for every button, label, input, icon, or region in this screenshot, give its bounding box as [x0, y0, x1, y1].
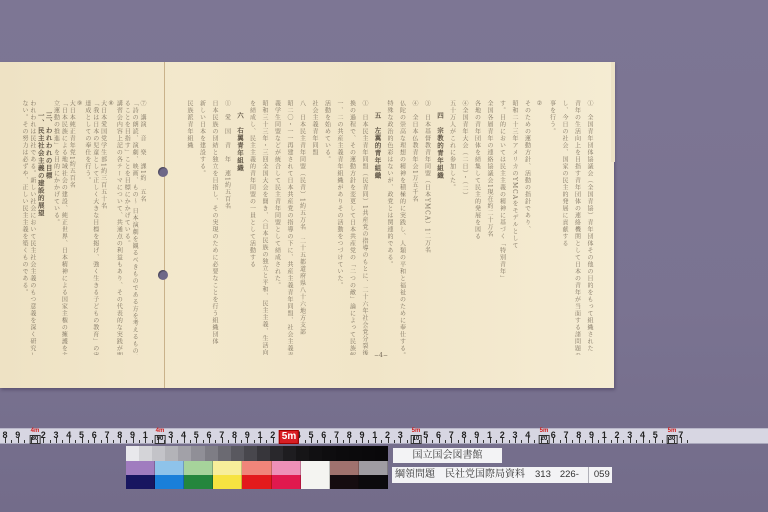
ruler-meter-mark: 5m20 [539, 428, 550, 444]
ruler-digit: 8 [576, 430, 581, 440]
ruler-tick-minor [407, 440, 408, 443]
gray-patch [336, 446, 349, 461]
punch-hole-icon [158, 270, 168, 280]
text-column: 「日本民族による地域社会の建設、純正世界、日本精神による国家主権の擁護を主張、日… [59, 100, 68, 355]
ruler-meter-mark: 5m [279, 430, 299, 444]
ruler-digit: 9 [15, 430, 20, 440]
text-column: 昭和二十三年アメリカのYMCAをモデルとして [510, 100, 519, 355]
ruler-digit: 2 [614, 430, 619, 440]
gray-patch [205, 446, 218, 461]
ruler-tick-minor [381, 440, 382, 443]
ruler-digit: 9 [474, 430, 479, 440]
section-heading: 一、民主社会主義の建設的展望 [36, 112, 45, 232]
gray-patch [218, 446, 231, 461]
ruler-meter-mark: 4m80 [30, 428, 41, 444]
ruler-digit: 6 [206, 430, 211, 440]
text-column: ④ 全日本仏教青年会1万五千名 [410, 100, 419, 355]
ruler-tick-minor [11, 440, 12, 443]
text-column: 「我は日本の児童として正しく大きな目標を掲げ、強く生きる子どもの教育」の実現を目… [91, 100, 100, 355]
gray-patch [139, 446, 152, 461]
ruler-tick-minor [458, 440, 459, 443]
text-column: ③ 日本基督教青年同盟（日本YMCA）1二万名 [423, 100, 432, 355]
text-column: 社会主義青年同盟 [310, 100, 319, 355]
ruler-digit: 9 [359, 430, 364, 440]
ruler-digit: 2 [270, 430, 275, 440]
ruler-digit: 1 [143, 430, 148, 440]
text-column: 昭二〇・一一再建されて日本共産党の指導の下に、共産主義青年同盟、社会主義青年同盟… [285, 100, 294, 355]
ruler-digit: 2 [500, 430, 505, 440]
measurement-ruler: 8923456789134567891245678912356789123467… [0, 428, 768, 444]
gray-patch [178, 446, 191, 461]
ruler-digit: 9 [589, 430, 594, 440]
collection-number-1: 313 [535, 467, 551, 483]
document-paper-sheet: ⑦ 講演 音 楽 課1約 五名「詩の朗読、演劇、映画、もの～ 日本演劇を観るべき… [0, 62, 614, 388]
ruler-digit: 3 [53, 430, 58, 440]
ruler-tick-minor [394, 440, 395, 443]
text-column: を結成し、民主主義的青年同盟の一員として活動する [248, 100, 257, 355]
gray-patch [152, 446, 165, 461]
text-column: 八 日本民主青年同盟（民青）1約五万名 二十五都道府県八十六地方支部 [298, 100, 307, 355]
color-patch [301, 475, 330, 489]
ruler-tick-minor [62, 440, 63, 443]
gray-patch [270, 446, 283, 461]
text-column: ① 愛 国 青 年 連1約五百名 [223, 100, 232, 355]
color-patch-row-1 [126, 461, 388, 475]
ruler-digit: 5 [194, 430, 199, 440]
ruler-digit: 9 [245, 430, 250, 440]
text-column: ⑦ 講演 音 楽 課1約 五名 [138, 100, 147, 355]
ruler-tick-minor [254, 440, 255, 443]
section-heading: 五 左翼的青年組織 [373, 112, 382, 232]
ruler-meter-mark: 5m30 [667, 428, 678, 444]
collection-series: 民社党国際局資料 [445, 467, 525, 483]
grayscale-strip [126, 446, 388, 461]
ruler-digit: 5 [653, 430, 658, 440]
color-patch [155, 461, 184, 475]
ruler-tick-minor [496, 440, 497, 443]
ruler-tick-minor [152, 440, 153, 443]
ruler-digit: 1 [372, 430, 377, 440]
ruler-digit: 2 [385, 430, 390, 440]
ruler-cm-label: 30 [667, 435, 678, 444]
ruler-cm-label: 90 [155, 435, 166, 444]
ruler-tick-minor [241, 440, 242, 443]
ruler-digit: 8 [461, 430, 466, 440]
ruler-tick-minor [649, 440, 650, 443]
ruler-digit: 6 [436, 430, 441, 440]
ruler-digit: 1 [602, 430, 607, 440]
ruler-digit: 1 [487, 430, 492, 440]
text-column: 青年の生活向上を目指す青年団体の連絡機関として日本の青年が当面する諸問題の解決を… [573, 100, 582, 355]
ruler-tick-minor [203, 440, 204, 443]
ruler-meter-mark: 4m90 [155, 428, 166, 444]
punch-hole-icon [158, 167, 168, 177]
gray-patch [362, 446, 375, 461]
text-column: ② [535, 100, 544, 355]
gray-patch [244, 446, 257, 461]
ruler-tick-minor [113, 440, 114, 443]
ruler-meter-mark: 5m10 [411, 428, 422, 444]
color-patch [213, 461, 242, 475]
ruler-tick-minor [317, 440, 318, 443]
gray-patch [375, 446, 388, 461]
ruler-tick-minor [432, 440, 433, 443]
gray-patch [191, 446, 204, 461]
text-column: 全国各層青年の連絡協議会1現在約二十万名 [485, 100, 494, 355]
ruler-digit: 8 [117, 430, 122, 440]
ruler-tick-minor [560, 440, 561, 443]
text-column: 達成としての奉仕を行う。 [83, 100, 92, 355]
ruler-tick-minor [190, 440, 191, 443]
text-column: ① 日本民主青年同盟（民青同）1共産党の指導のもとに、二十六年社会党分裂後、路線… [360, 100, 369, 355]
section-heading: 六 右翼青年組織 [235, 112, 244, 232]
gray-patch [231, 446, 244, 461]
text-column: 事を行う。 [548, 100, 557, 355]
ruler-digit: 7 [104, 430, 109, 440]
ruler-tick-minor [75, 440, 76, 443]
ruler-tick-minor [623, 440, 624, 443]
ruler-tick-minor [330, 440, 331, 443]
ruler-tick-minor [483, 440, 484, 443]
color-patch [213, 475, 242, 489]
ruler-tick-minor [266, 440, 267, 443]
text-column: 仏陀の崇高な理想の精神を積極的に実践し、人類の平和と福祉のために奉仕する。 [398, 100, 407, 355]
ruler-cm-label: 80 [30, 435, 41, 444]
ruler-digit: 5 [79, 430, 84, 440]
ruler-tick-minor [88, 440, 89, 443]
gray-patch [257, 446, 270, 461]
ruler-tick-minor [356, 440, 357, 443]
ruler-tick-minor [521, 440, 522, 443]
color-patch [359, 475, 388, 489]
text-column: し、今日の社会、国家の民主的発展に貢献する [560, 100, 569, 355]
gray-patch [349, 446, 362, 461]
ruler-digit: 1 [257, 430, 262, 440]
ruler-meter-label: 4m [156, 428, 165, 434]
collection-title: 綱領問題 [395, 467, 435, 483]
ruler-digit: 9 [130, 430, 135, 440]
ruler-digit: 4 [66, 430, 71, 440]
ruler-digit: 7 [334, 430, 339, 440]
ruler-cm-label: 10 [411, 435, 422, 444]
section-heading: 三、われわれの目標 [44, 112, 53, 232]
ruler-digit: 4 [525, 430, 530, 440]
text-column: 講習会内容上記の各テーマについて、共通点の利益もあり、その代表的な実践が期待され… [114, 100, 123, 355]
ruler-tick-minor [687, 440, 688, 443]
color-patch [126, 475, 155, 489]
paper-edge-notch [611, 62, 615, 162]
text-column: ⑨ [75, 100, 84, 355]
text-column: 特殊な政治的色彩はないが、政党とは関連的である。 [385, 100, 394, 355]
color-patch-row-2 [126, 475, 388, 489]
library-name-label: 国立国会図書館 [393, 448, 502, 463]
text-column: 民族派青年組織 [185, 100, 194, 355]
text-column: 各地の青年団体を結集して民主的発展を図る [473, 100, 482, 355]
page-number: −4− [374, 352, 388, 359]
ruler-digit: 7 [219, 430, 224, 440]
ruler-digit: 6 [551, 430, 556, 440]
ruler-digit: 8 [347, 430, 352, 440]
ruler-tick-minor [139, 440, 140, 443]
text-column: そのための運動方針、活動の指針であり、 [523, 100, 532, 355]
ruler-meter-label: 4m [31, 428, 40, 434]
ruler-tick-minor [585, 440, 586, 443]
page-fold-line [164, 62, 165, 388]
color-patch [272, 475, 301, 489]
collection-number-2: 226- [560, 467, 579, 483]
ruler-meter-label: 5m [282, 431, 296, 442]
ruler-digit: 7 [678, 430, 683, 440]
ruler-digit: 8 [232, 430, 237, 440]
ruler-tick-minor [509, 440, 510, 443]
text-column: ① 全国青年団体協議会（全国青協）青年団体その他の目的をもって組織された [585, 100, 594, 355]
ruler-tick-minor [662, 440, 663, 443]
collection-number-3: 059 [588, 467, 610, 483]
collection-label: 綱領問題 民社党国際局資料 313 226- 059 [392, 467, 612, 483]
ruler-meter-label: 5m [412, 428, 421, 434]
color-patch [184, 461, 213, 475]
color-patch [126, 461, 155, 475]
text-column: す。目的においては民主主義の精神に基づく「特別青年」 [498, 100, 507, 355]
ruler-tick-minor [534, 440, 535, 443]
text-column: 立運動の推進」を目的にかかげている。 [51, 100, 60, 355]
scanned-document-view: ⑦ 講演 音 楽 課1約 五名「詩の朗読、演劇、映画、もの～ 日本演劇を観るべき… [0, 0, 768, 512]
ruler-digit: 4 [181, 430, 186, 440]
text-column: 義学生同盟などが統合して民主青年同盟として結成された。 [273, 100, 282, 355]
gray-patch [126, 446, 139, 461]
ruler-tick-minor [24, 440, 25, 443]
ruler-tick-minor [228, 440, 229, 443]
text-column: 大日本純正青年党1約五百名 [67, 100, 76, 355]
ruler-digit: 4 [640, 430, 645, 440]
text-column: ⑧ [107, 100, 116, 355]
ruler-tick-minor [598, 440, 599, 443]
text-column: ない。その努力は必ずや、正しい民主主義を築くものである。 [20, 100, 29, 355]
color-patch [155, 475, 184, 489]
color-patch [272, 461, 301, 475]
gray-patch [296, 446, 309, 461]
ruler-digit: 3 [512, 430, 517, 440]
ruler-digit: 7 [449, 430, 454, 440]
text-column: 「詩の朗読、演劇、映画、もの～ 日本演劇を観るべきものである方を考えるもの、まち… [130, 100, 139, 355]
ruler-tick-minor [368, 440, 369, 443]
ruler-tick-minor [636, 440, 637, 443]
ruler-digit: 3 [627, 430, 632, 440]
ruler-tick-minor [343, 440, 344, 443]
ruler-meter-label: 5m [668, 428, 677, 434]
ruler-digit: 8 [2, 430, 7, 440]
ruler-tick-minor [572, 440, 573, 443]
ruler-digit: 7 [563, 430, 568, 440]
ruler-tick-minor [470, 440, 471, 443]
gray-patch [165, 446, 178, 461]
ruler-tick-minor [611, 440, 612, 443]
text-column: 日本民族の団結と独立を目指し、その実現のために必要なことを行う組織団体 [210, 100, 219, 355]
ruler-digit: 3 [398, 430, 403, 440]
ruler-digit: 6 [321, 430, 326, 440]
text-column: われわれは民社である。新しい社会において民主社会主義のもつ意義を深く研究していか… [28, 100, 37, 355]
ruler-digit: 6 [92, 430, 97, 440]
text-column: ④全国青年大会（二日）・（二） [460, 100, 469, 355]
ruler-tick-minor [305, 440, 306, 443]
color-calibration-chart [126, 446, 388, 489]
ruler-tick-minor [126, 440, 127, 443]
ruler-tick-minor [215, 440, 216, 443]
color-patch [184, 475, 213, 489]
section-heading: 四 宗教的青年組織 [435, 112, 444, 232]
ruler-tick-minor [177, 440, 178, 443]
ruler-digit: 5 [308, 430, 313, 440]
color-patch [301, 461, 330, 475]
gray-patch [309, 446, 322, 461]
ruler-tick-minor [50, 440, 51, 443]
text-column: 五十万人がこれに参加した。 [448, 100, 457, 355]
ruler-digit: 5 [423, 430, 428, 440]
ruler-meter-label: 5m [540, 428, 549, 434]
ruler-digit: 2 [41, 430, 46, 440]
ruler-tick-minor [101, 440, 102, 443]
ruler-cm-label: 20 [539, 435, 550, 444]
ruler-digit: 3 [168, 430, 173, 440]
color-patch [330, 475, 359, 489]
text-column: ることを目指す」ことを目標にかかげている。 [122, 100, 131, 355]
color-patch [242, 475, 271, 489]
text-column: 昭和三十三年・三回全国大会を開き、〈日本民族の独立と平和、民主主義、生活向上のた… [260, 100, 269, 355]
color-patch [242, 461, 271, 475]
gray-patch [283, 446, 296, 461]
text-column: 大日本愛国党学生部1約三百五十名 [99, 100, 108, 355]
text-column: 一、二の共産主義青年組織がありその活動をつづけていた。 [335, 100, 344, 355]
ruler-tick-minor [445, 440, 446, 443]
gray-patch [322, 446, 335, 461]
text-column: 新しい日本を建設する。 [198, 100, 207, 355]
color-patch [359, 461, 388, 475]
text-column: 活動を始めている。 [323, 100, 332, 355]
color-patch [330, 461, 359, 475]
text-column: 換の過程で、その運動方針を変更して日本共産党の「二つの敵」論によって民族解放を目… [348, 100, 357, 355]
